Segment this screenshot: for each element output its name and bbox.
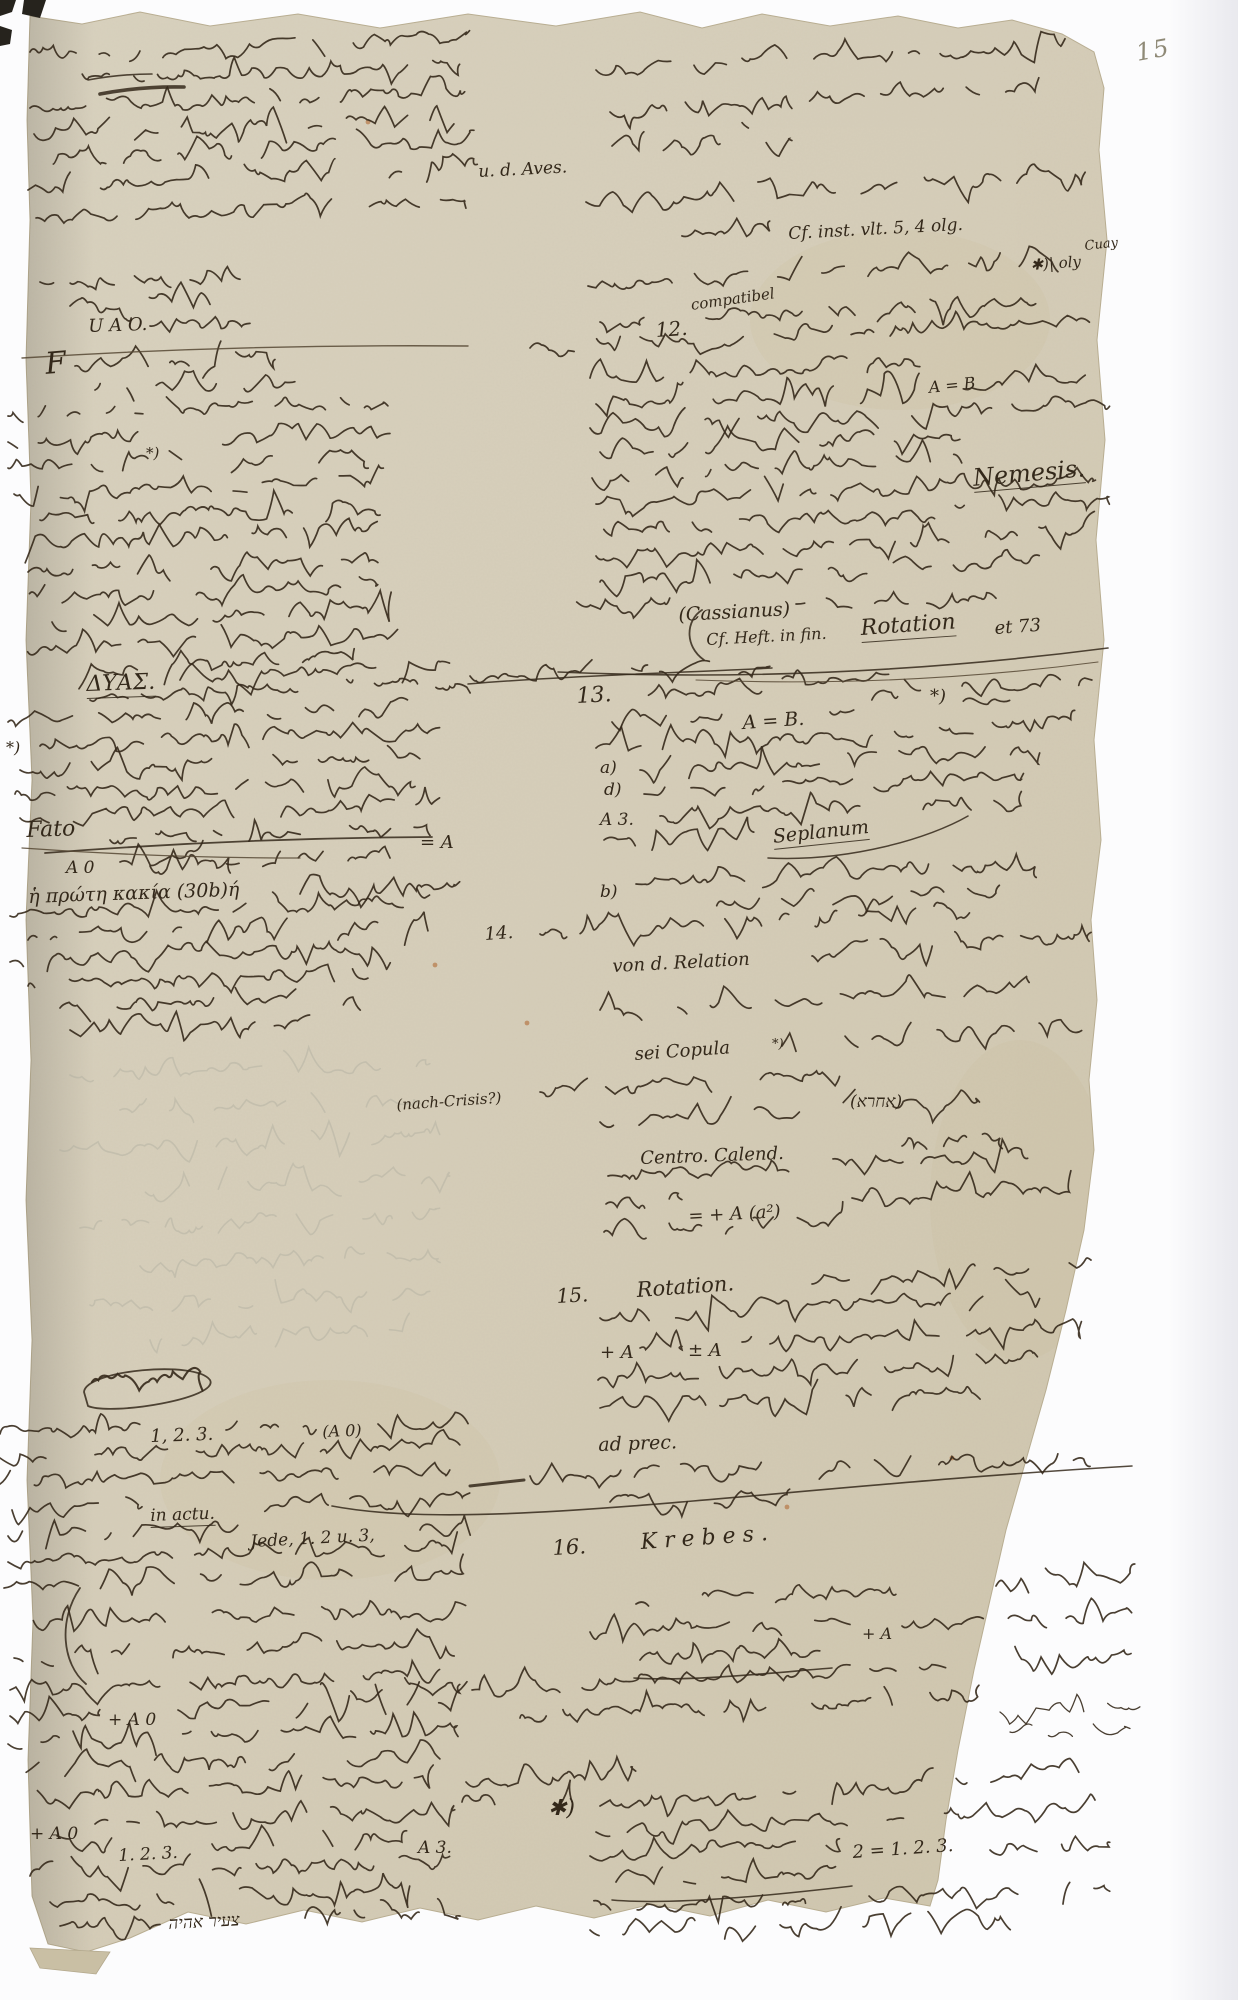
legible-word: F [44,348,67,380]
legible-word: 14. [484,924,514,944]
legible-word: A = B. [742,710,805,733]
legible-word: = + A (a²) [688,1203,781,1226]
legible-word: Cuay [1084,237,1119,253]
legible-word: *) [146,446,159,461]
legible-word: 1, 2. 3. [150,1426,214,1446]
legible-word: 2 = 1. 2. 3. [852,1837,954,1862]
legible-word: a) [600,760,617,777]
legible-word: ✱)| oly [1030,254,1081,272]
legible-word: = A [420,834,454,852]
legible-word: in actu. [150,1506,215,1528]
page-number: 15 [1134,33,1173,67]
legible-word: 1. 2. 3. [118,1845,178,1865]
legible-word: 13. [576,684,612,708]
legible-word: ✱) [548,1798,575,1820]
legible-word: Seplanum [772,818,870,850]
legible-words-layer: u. d. Aves.Cf. inst. vlt. 5, 4 olg.✱)| o… [0,0,1238,2000]
legible-word: (nach-Crisis?) [396,1091,502,1113]
legible-word: *) [6,740,20,756]
legible-word: ΔΥΑΣ. [86,672,156,699]
legible-word: + A 0 [108,1712,156,1729]
legible-word: et 73 [994,617,1042,638]
legible-word: ἡ πρώτη κακία (30b)ή [28,881,240,907]
legible-word: U A O. [88,316,148,336]
legible-word: Fato [26,818,76,842]
legible-word: A 3. [600,812,634,829]
legible-word: + A [862,1626,892,1642]
legible-word: b) [600,884,618,901]
legible-word: d) [604,782,622,799]
legible-word: Cf. Heft. in fin. [706,626,827,648]
legible-word: ad prec. [598,1433,677,1455]
legible-word: 12. [655,318,688,340]
legible-word: *) [930,688,946,706]
legible-word: צעיר אהיה [168,1912,240,1933]
legible-word: Krebes. [640,1523,776,1554]
legible-word: A 3. [418,1840,452,1857]
legible-word: Jede, 1. 2 u. 3, [250,1527,375,1550]
legible-word: (A 0) [322,1423,362,1440]
legible-word: sei Copula [634,1039,731,1064]
legible-word: (Cassianus) [678,600,791,625]
legible-word: A = B [928,375,976,396]
legible-word: compatibel [690,286,776,313]
legible-word: Centro. Calend. [640,1145,784,1168]
legible-word: (אחרא) [850,1094,902,1111]
legible-word: Rotation. [636,1273,735,1301]
legible-word: ± A [688,1342,722,1360]
manuscript-scan-page: u. d. Aves.Cf. inst. vlt. 5, 4 olg.✱)| o… [0,0,1238,2000]
legible-word: Nemesis. [972,456,1086,493]
legible-word: Rotation [860,611,957,643]
legible-word: 15. [556,1284,589,1306]
legible-word: Cf. inst. vlt. 5, 4 olg. [788,217,963,243]
legible-word: von d. Relation [612,951,750,976]
legible-word: + A 0 [30,1826,78,1843]
legible-word: + A [600,1344,634,1362]
legible-word: *) [772,1038,784,1051]
legible-word: 16. [552,1536,586,1559]
legible-word: A 0 [66,860,95,877]
legible-word: u. d. Aves. [478,159,568,181]
